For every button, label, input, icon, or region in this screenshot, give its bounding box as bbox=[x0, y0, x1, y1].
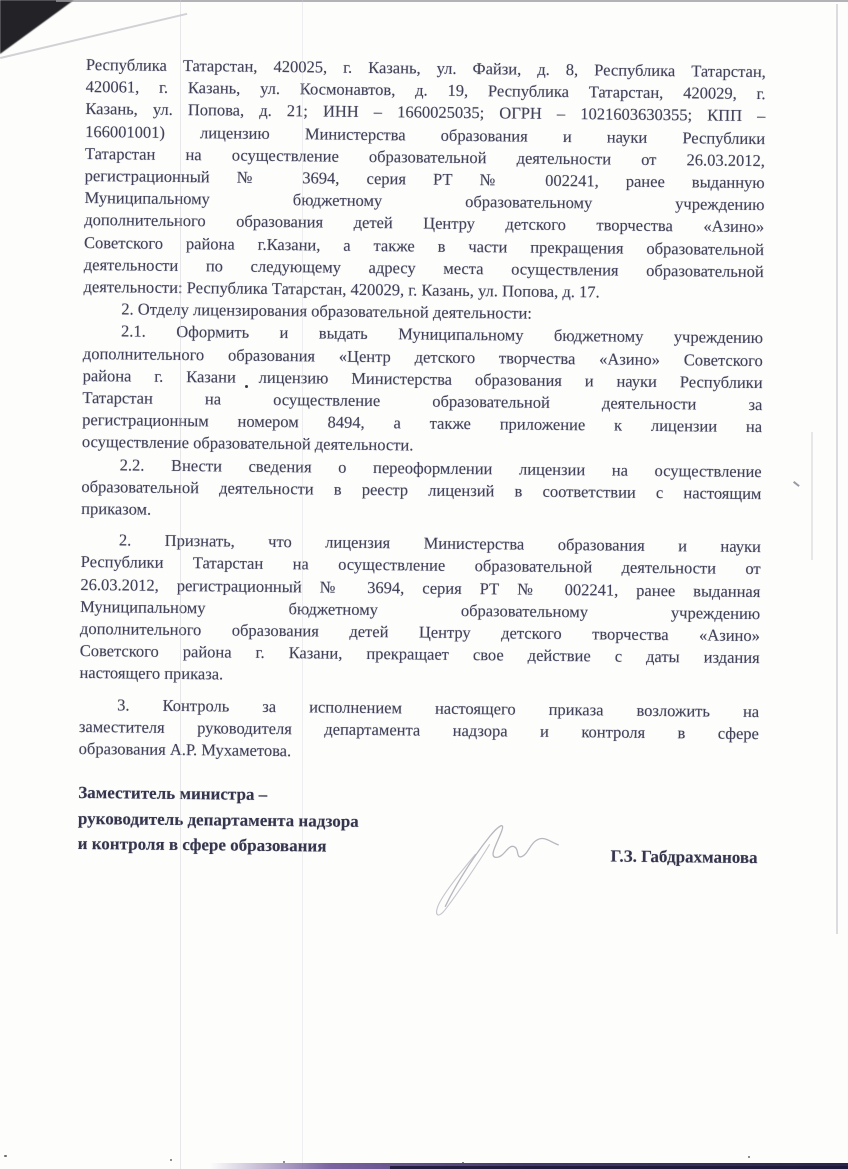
scan-speck bbox=[283, 1161, 285, 1163]
closing-block: Заместитель министра – руководитель депа… bbox=[77, 780, 759, 947]
scan-speck bbox=[462, 1162, 464, 1163]
stray-pen-tick bbox=[793, 481, 799, 487]
scan-top-edge-line bbox=[56, 0, 848, 2]
ink-speck bbox=[245, 385, 248, 388]
scan-speck bbox=[170, 1159, 172, 1161]
scan-streak bbox=[811, 432, 813, 560]
scan-speck bbox=[748, 1156, 750, 1158]
document-paragraphs: Республика Татарстан, 420025, г. Казань,… bbox=[79, 54, 766, 767]
paragraph: 2. Признать, что лицензия Министерства о… bbox=[79, 529, 761, 692]
scan-fold-line bbox=[302, 0, 303, 1169]
scan-right-edge-line bbox=[836, 4, 838, 934]
paragraph: Республика Татарстан, 420025, г. Казань,… bbox=[83, 54, 766, 305]
scan-corner-fold bbox=[0, 0, 74, 54]
paragraph: 2.1. Оформить и выдать Муниципальному бю… bbox=[82, 320, 763, 460]
signature-scribble bbox=[427, 804, 578, 931]
paragraph: 2.2. Внести сведения о переоформлении ли… bbox=[81, 454, 762, 528]
scan-fold-line bbox=[180, 0, 181, 1169]
scan-speck bbox=[4, 1155, 7, 1157]
document-page: Республика Татарстан, 420025, г. Казань,… bbox=[0, 0, 848, 1169]
signer-name: Г.З. Габдрахманова bbox=[610, 844, 757, 871]
